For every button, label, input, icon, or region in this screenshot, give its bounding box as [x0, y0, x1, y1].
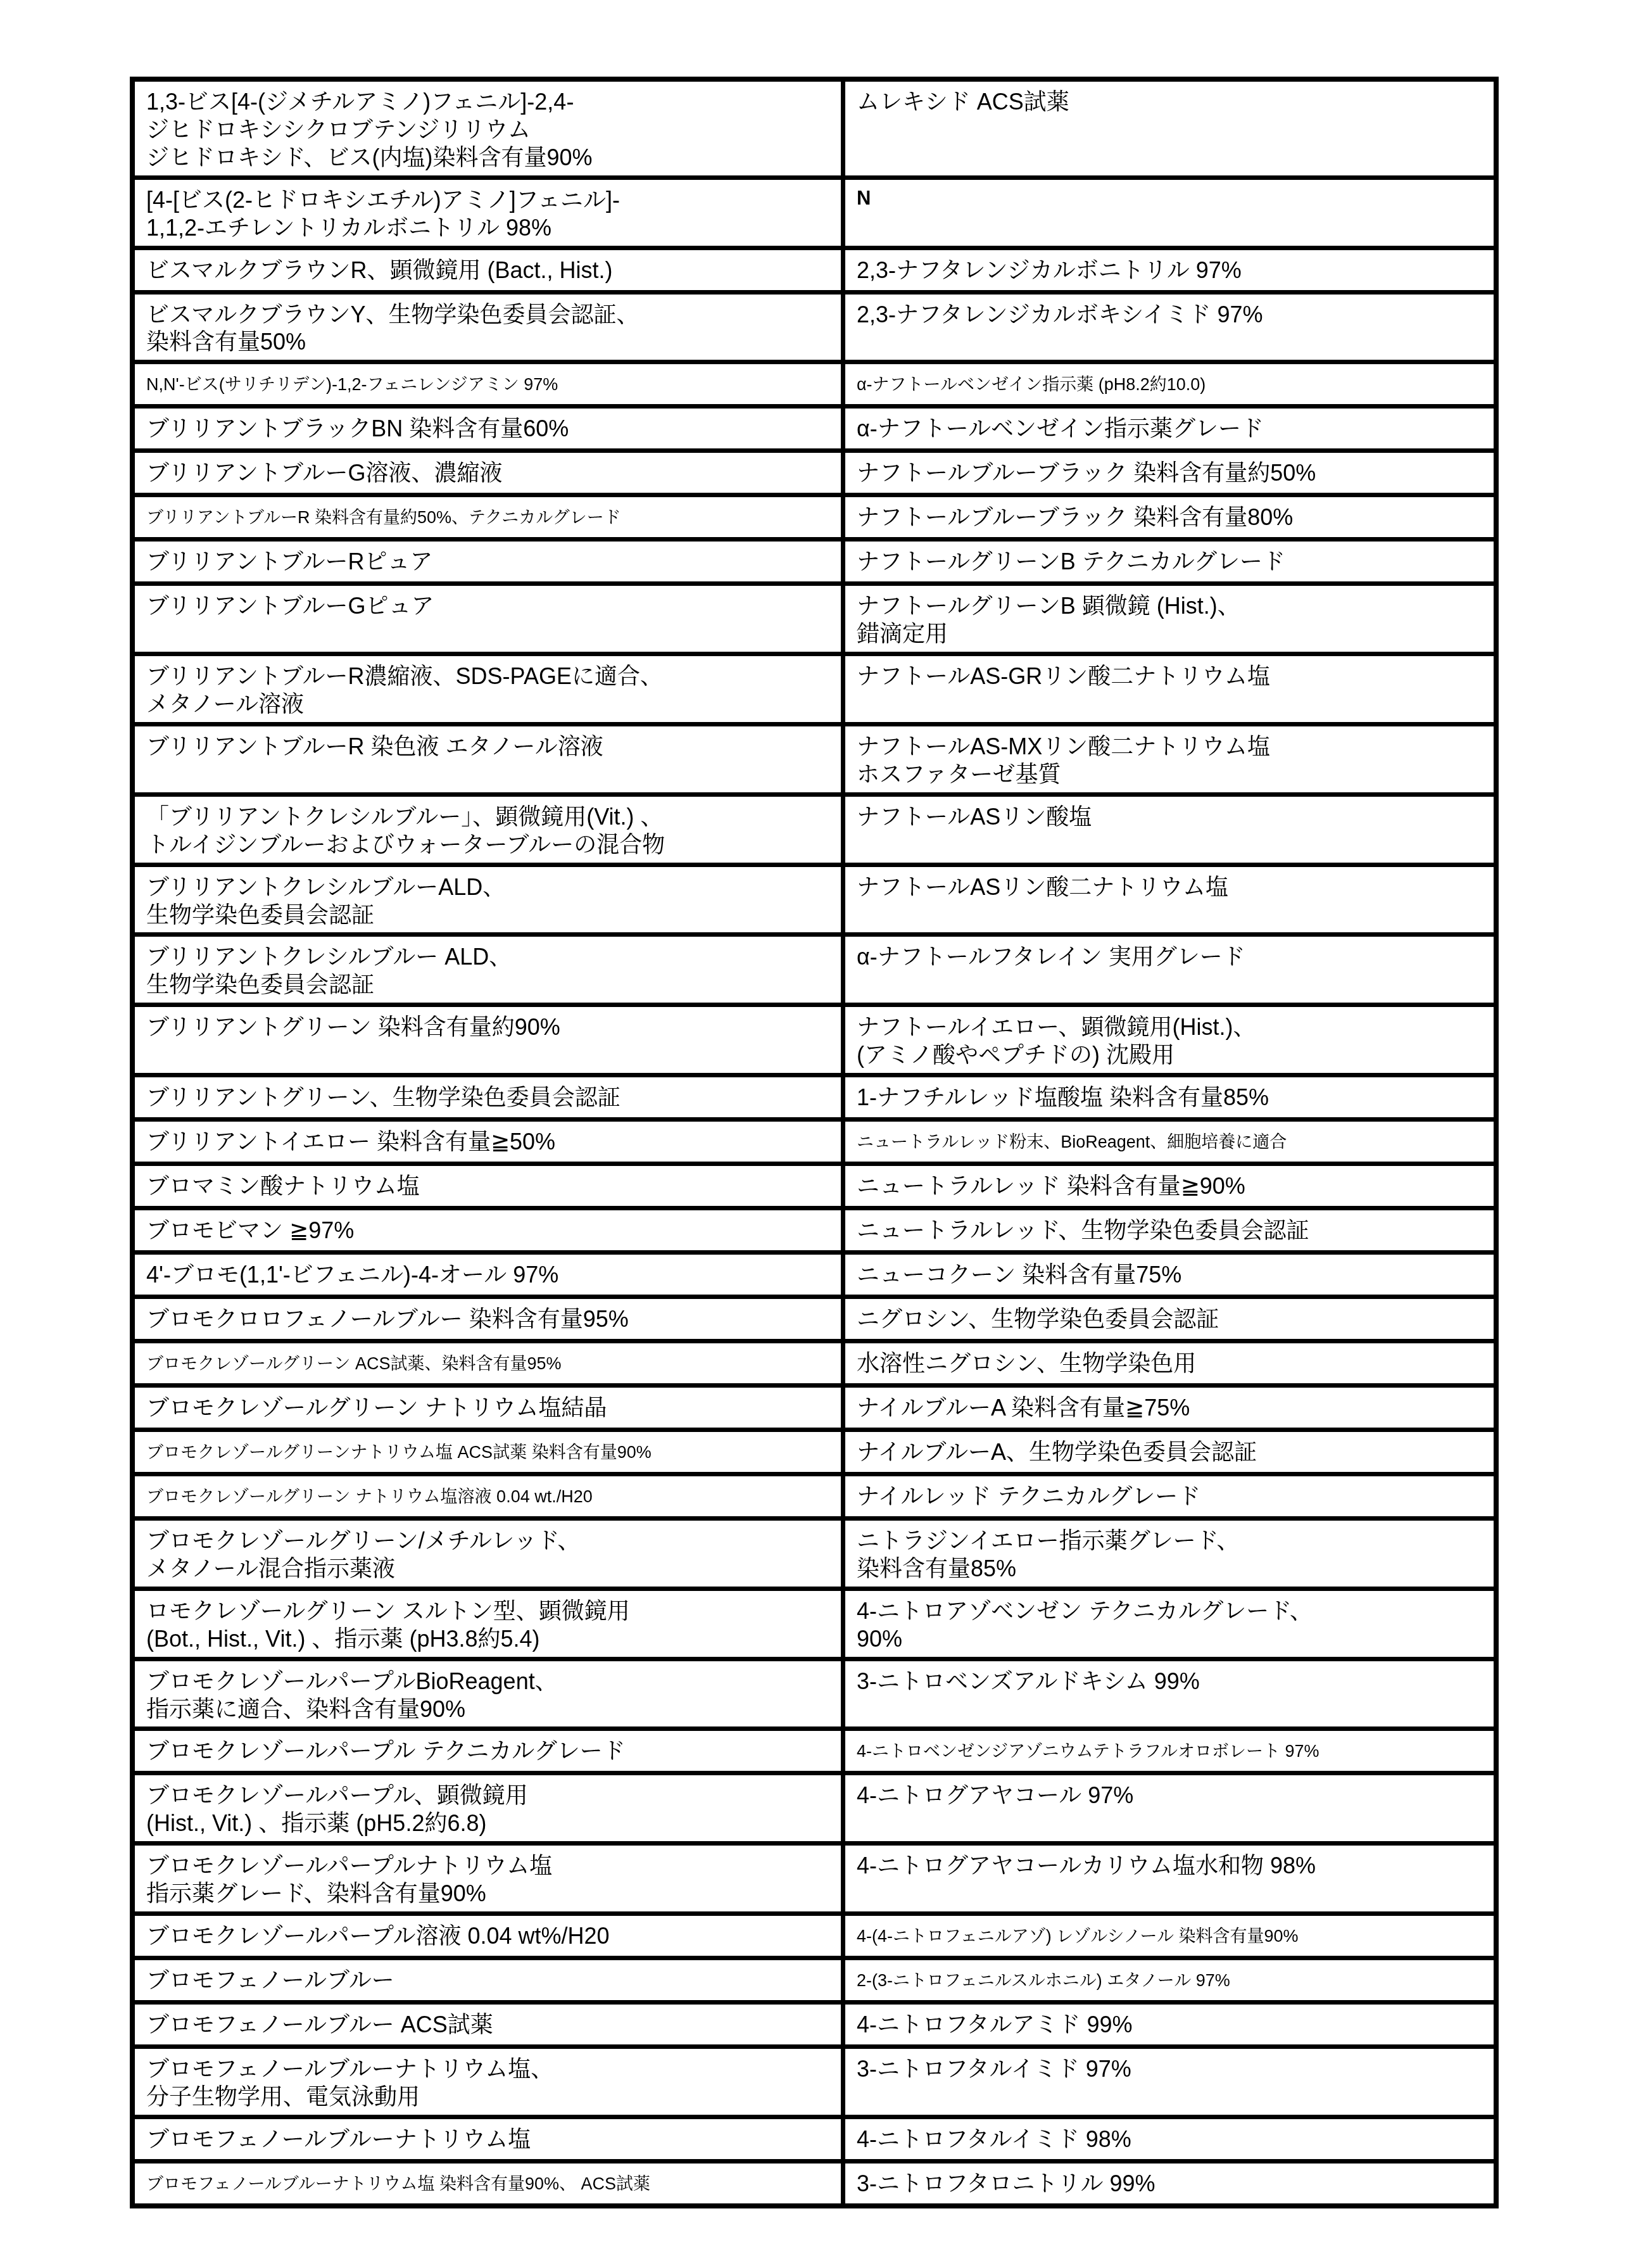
product-name-right-cell: 4-ニトロアゾベンゼン テクニカルグレード、 90% [845, 1591, 1494, 1657]
table-row: ブロモフェノールブルーナトリウム塩4-ニトロフタルイミド 98% [135, 2115, 1494, 2159]
table-row: ブロモクレゾールグリーン ナトリウム塩結晶ナイルブルーA 染料含有量≧75% [135, 1383, 1494, 1428]
product-name-right-cell: ニュートラルレッド粉末、BioReagent、細胞培養に適合 [845, 1122, 1494, 1162]
product-name-right-cell: 3-ニトロベンズアルドキシム 99% [845, 1661, 1494, 1727]
table-row: ブロモビマン ≧97%ニュートラルレッド、生物学染色委員会認証 [135, 1206, 1494, 1250]
product-name-right-cell: N [845, 180, 1494, 246]
product-name-left-cell: ブロモビマン ≧97% [135, 1210, 845, 1250]
product-name-left-cell: ブロモクロロフェノールブルー 染料含有量95% [135, 1299, 845, 1339]
product-name-left-cell: ビスマルクブラウンR、顕微鏡用 (Bact., Hist.) [135, 250, 845, 290]
table-row: N,N'-ビス(サリチリデン)-1,2-フェニレンジアミン 97%α-ナフトール… [135, 360, 1494, 404]
product-name-right-cell: ニグロシン、生物学染色委員会認証 [845, 1299, 1494, 1339]
table-row: ビスマルクブラウンR、顕微鏡用 (Bact., Hist.)2,3-ナフタレンジ… [135, 246, 1494, 290]
product-name-left-cell: ブロモクレゾールグリーン ACS試薬、染料含有量95% [135, 1343, 845, 1383]
table-row: ブリリアントクレシルブルーALD、 生物学染色委員会認証ナフトールASリン酸二ナ… [135, 863, 1494, 933]
product-name-left-cell: ブロモフェノールブルー ACS試薬 [135, 2005, 845, 2044]
product-name-left-cell: 「ブリリアントクレシルブルー」、顕微鏡用(Vit.) 、 トルイジンブルーおよび… [135, 797, 845, 863]
product-name-left-cell: ブロモクレゾールパープルBioReagent、 指示薬に適合、染料含有量90% [135, 1661, 845, 1727]
product-name-right-cell: ナフトールAS-MXリン酸二ナトリウム塩 ホスファターゼ基質 [845, 726, 1494, 792]
table-row: 「ブリリアントクレシルブルー」、顕微鏡用(Vit.) 、 トルイジンブルーおよび… [135, 792, 1494, 863]
table-row: [4-[ビス(2-ヒドロキシエチル)アミノ]フェニル]- 1,1,2-エチレント… [135, 175, 1494, 246]
table-row: ブリリアントブルーR 染色液 エタノール溶液ナフトールAS-MXリン酸二ナトリウ… [135, 722, 1494, 792]
product-name-right-cell: ナフトールグリーンB 顕微鏡 (Hist.)、 錯滴定用 [845, 586, 1494, 652]
table-row: ブリリアントブラックBN 染料含有量60%α-ナフトールベンゼイン指示薬グレード [135, 404, 1494, 448]
product-name-left-cell: ブロモフェノールブルーナトリウム塩 染料含有量90%、 ACS試薬 [135, 2163, 845, 2203]
table-row: ブロモクレゾールパープルBioReagent、 指示薬に適合、染料含有量90%3… [135, 1657, 1494, 1727]
table-row: 1,3-ビス[4-(ジメチルアミノ)フェニル]-2,4- ジヒドロキシシクロブテ… [135, 82, 1494, 175]
product-name-right-cell: 4-ニトログアヤコールカリウム塩水和物 98% [845, 1846, 1494, 1911]
product-name-left-cell: ブロモクレゾールグリーン ナトリウム塩結晶 [135, 1388, 845, 1428]
product-name-left-cell: ブロモクレゾールパープル テクニカルグレード [135, 1731, 845, 1771]
product-name-left-cell: 1,3-ビス[4-(ジメチルアミノ)フェニル]-2,4- ジヒドロキシシクロブテ… [135, 82, 845, 175]
product-name-left-cell: ロモクレゾールグリーン スルトン型、顕微鏡用 (Bot., Hist., Vit… [135, 1591, 845, 1657]
product-name-left-cell: ブリリアントブルーR 染色液 エタノール溶液 [135, 726, 845, 792]
table-row: ブロモクレゾールグリーン/メチルレッド、 メタノール混合指示薬液ニトラジンイエロ… [135, 1516, 1494, 1587]
product-name-right-cell: 4-ニトロフタルアミド 99% [845, 2005, 1494, 2044]
product-name-left-cell: ビスマルクブラウンY、生物学染色委員会認証、 染料含有量50% [135, 295, 845, 360]
product-name-right-cell: ナフトールイエロー、顕微鏡用(Hist.)、 (アミノ酸やペプチドの) 沈殿用 [845, 1007, 1494, 1073]
table-row: ブリリアントブルーR濃縮液、SDS-PAGEに適合、 メタノール溶液ナフトールA… [135, 652, 1494, 722]
table-row: ブリリアントグリーン、生物学染色委員会認証1-ナフチルレッド塩酸塩 染料含有量8… [135, 1073, 1494, 1117]
product-name-right-cell: ナフトールASリン酸二ナトリウム塩 [845, 867, 1494, 933]
table-row: ブリリアントブルーR 染料含有量約50%、テクニカルグレードナフトールブルーブラ… [135, 493, 1494, 537]
product-name-right-cell: 4-ニトロベンゼンジアゾニウムテトラフルオロボレート 97% [845, 1731, 1494, 1771]
product-name-right-cell: α-ナフトールフタレイン 実用グレード [845, 937, 1494, 1003]
table-row: ブロモクロロフェノールブルー 染料含有量95%ニグロシン、生物学染色委員会認証 [135, 1295, 1494, 1339]
table-row: ブロモクレゾールグリーン ACS試薬、染料含有量95%水溶性ニグロシン、生物学染… [135, 1339, 1494, 1383]
product-name-left-cell: ブロモフェノールブルーナトリウム塩、 分子生物学用、電気泳動用 [135, 2049, 845, 2115]
product-name-left-cell: ブリリアントブルーR 染料含有量約50%、テクニカルグレード [135, 497, 845, 537]
table-row: ロモクレゾールグリーン スルトン型、顕微鏡用 (Bot., Hist., Vit… [135, 1587, 1494, 1657]
product-name-right-cell: 水溶性ニグロシン、生物学染色用 [845, 1343, 1494, 1383]
scanned-page: 1,3-ビス[4-(ジメチルアミノ)フェニル]-2,4- ジヒドロキシシクロブテ… [0, 0, 1631, 2268]
product-name-left-cell: 4'-ブロモ(1,1'-ビフェニル)-4-オール 97% [135, 1255, 845, 1295]
table-row: ブリリアントブルーG溶液、濃縮液ナフトールブルーブラック 染料含有量約50% [135, 448, 1494, 493]
product-name-left-cell: ブロモクレゾールグリーン ナトリウム塩溶液 0.04 wt./H20 [135, 1476, 845, 1516]
product-name-right-cell: ナフトールブルーブラック 染料含有量80% [845, 497, 1494, 537]
product-name-right-cell: 2,3-ナフタレンジカルボキシイミド 97% [845, 295, 1494, 360]
product-name-right-cell: ムレキシド ACS試薬 [845, 82, 1494, 175]
product-name-right-cell: 2,3-ナフタレンジカルボニトリル 97% [845, 250, 1494, 290]
table-row: ブリリアントイエロー 染料含有量≧50%ニュートラルレッド粉末、BioReage… [135, 1117, 1494, 1162]
product-name-left-cell: ブロモクレゾールパープルナトリウム塩 指示薬グレード、染料含有量90% [135, 1846, 845, 1911]
product-name-right-cell: ナフトールAS-GRリン酸二ナトリウム塩 [845, 656, 1494, 722]
table-row: ブロモフェノールブルーナトリウム塩、 分子生物学用、電気泳動用3-ニトロフタルイ… [135, 2044, 1494, 2115]
product-name-right-cell: α-ナフトールベンゼイン指示薬 (pH8.2約10.0) [845, 364, 1494, 404]
product-name-left-cell: ブリリアントブルーGピュア [135, 586, 845, 652]
product-name-left-cell: ブリリアントブルーG溶液、濃縮液 [135, 453, 845, 493]
product-name-left-cell: ブリリアントグリーン、生物学染色委員会認証 [135, 1077, 845, 1117]
product-name-left-cell: ブロモクレゾールグリーンナトリウム塩 ACS試薬 染料含有量90% [135, 1432, 845, 1472]
table-row: ブロモフェノールブルーナトリウム塩 染料含有量90%、 ACS試薬3-ニトロフタ… [135, 2159, 1494, 2203]
table-row: ブリリアントクレシルブルー ALD、 生物学染色委員会認証α-ナフトールフタレイ… [135, 932, 1494, 1003]
product-name-left-cell: N,N'-ビス(サリチリデン)-1,2-フェニレンジアミン 97% [135, 364, 845, 404]
product-name-right-cell: 2-(3-ニトロフェニルスルホニル) エタノール 97% [845, 1960, 1494, 2000]
table-row: 4'-ブロモ(1,1'-ビフェニル)-4-オール 97%ニューコクーン 染料含有… [135, 1250, 1494, 1295]
product-name-right-cell: ナイルブルーA 染料含有量≧75% [845, 1388, 1494, 1428]
product-name-left-cell: ブリリアントクレシルブルー ALD、 生物学染色委員会認証 [135, 937, 845, 1003]
product-name-left-cell: ブロモフェノールブルーナトリウム塩 [135, 2119, 845, 2159]
product-name-left-cell: ブロモクレゾールパープル溶液 0.04 wt%/H20 [135, 1916, 845, 1956]
product-name-right-cell: ナフトールブルーブラック 染料含有量約50% [845, 453, 1494, 493]
product-name-left-cell: ブロモクレゾールグリーン/メチルレッド、 メタノール混合指示薬液 [135, 1521, 845, 1587]
product-name-right-cell: ナイルブルーA、生物学染色委員会認証 [845, 1432, 1494, 1472]
product-name-right-cell: 1-ナフチルレッド塩酸塩 染料含有量85% [845, 1077, 1494, 1117]
chemical-reagent-table: 1,3-ビス[4-(ジメチルアミノ)フェニル]-2,4- ジヒドロキシシクロブテ… [130, 77, 1499, 2208]
product-name-right-cell: 4-ニトロフタルイミド 98% [845, 2119, 1494, 2159]
product-name-left-cell: ブリリアントクレシルブルーALD、 生物学染色委員会認証 [135, 867, 845, 933]
table-row: ブロモクレゾールパープル テクニカルグレード4-ニトロベンゼンジアゾニウムテトラ… [135, 1726, 1494, 1771]
product-name-right-cell: ニュートラルレッド 染料含有量≧90% [845, 1166, 1494, 1206]
product-name-right-cell: ニューコクーン 染料含有量75% [845, 1255, 1494, 1295]
product-name-right-cell: ナフトールグリーンB テクニカルグレード [845, 542, 1494, 581]
product-name-right-cell: ニトラジンイエロー指示薬グレード、 染料含有量85% [845, 1521, 1494, 1587]
table-row: ブリリアントブルーGピュアナフトールグリーンB 顕微鏡 (Hist.)、 錯滴定… [135, 581, 1494, 652]
product-name-right-cell: α-ナフトールベンゼイン指示薬グレード [845, 409, 1494, 448]
table-row: ブロモクレゾールグリーン ナトリウム塩溶液 0.04 wt./H20ナイルレッド… [135, 1472, 1494, 1516]
product-name-left-cell: [4-[ビス(2-ヒドロキシエチル)アミノ]フェニル]- 1,1,2-エチレント… [135, 180, 845, 246]
table-row: ブリリアントグリーン 染料含有量約90%ナフトールイエロー、顕微鏡用(Hist.… [135, 1003, 1494, 1073]
product-name-right-cell: ニュートラルレッド、生物学染色委員会認証 [845, 1210, 1494, 1250]
table-row: ブリリアントブルーRピュアナフトールグリーンB テクニカルグレード [135, 537, 1494, 581]
table-row: ブロマミン酸ナトリウム塩ニュートラルレッド 染料含有量≧90% [135, 1162, 1494, 1206]
table-row: ブロモクレゾールパープル溶液 0.04 wt%/H204-(4-ニトロフェニルア… [135, 1911, 1494, 1956]
product-name-right-cell: 4-ニトログアヤコール 97% [845, 1775, 1494, 1841]
product-name-left-cell: ブロマミン酸ナトリウム塩 [135, 1166, 845, 1206]
product-name-right-cell: 3-ニトロフタロニトリル 99% [845, 2163, 1494, 2203]
product-name-left-cell: ブリリアントブラックBN 染料含有量60% [135, 409, 845, 448]
product-name-right-cell: ナフトールASリン酸塩 [845, 797, 1494, 863]
product-name-right-cell: 4-(4-ニトロフェニルアゾ) レゾルシノール 染料含有量90% [845, 1916, 1494, 1956]
product-name-left-cell: ブロモクレゾールパープル、顕微鏡用 (Hist., Vit.) 、指示薬 (pH… [135, 1775, 845, 1841]
table-row: ブロモフェノールブルー ACS試薬4-ニトロフタルアミド 99% [135, 2000, 1494, 2044]
product-name-left-cell: ブリリアントグリーン 染料含有量約90% [135, 1007, 845, 1073]
table-row: ブロモクレゾールグリーンナトリウム塩 ACS試薬 染料含有量90%ナイルブルーA… [135, 1428, 1494, 1472]
table-row: ビスマルクブラウンY、生物学染色委員会認証、 染料含有量50%2,3-ナフタレン… [135, 290, 1494, 360]
product-name-right-cell: ナイルレッド テクニカルグレード [845, 1476, 1494, 1516]
product-name-left-cell: ブリリアントブルーR濃縮液、SDS-PAGEに適合、 メタノール溶液 [135, 656, 845, 722]
table-row: ブロモクレゾールパープルナトリウム塩 指示薬グレード、染料含有量90%4-ニトロ… [135, 1841, 1494, 1911]
product-name-left-cell: ブリリアントイエロー 染料含有量≧50% [135, 1122, 845, 1162]
product-name-left-cell: ブリリアントブルーRピュア [135, 542, 845, 581]
product-name-left-cell: ブロモフェノールブルー [135, 1960, 845, 2000]
product-name-right-cell: 3-ニトロフタルイミド 97% [845, 2049, 1494, 2115]
table-row: ブロモフェノールブルー2-(3-ニトロフェニルスルホニル) エタノール 97% [135, 1956, 1494, 2000]
table-row: ブロモクレゾールパープル、顕微鏡用 (Hist., Vit.) 、指示薬 (pH… [135, 1771, 1494, 1841]
